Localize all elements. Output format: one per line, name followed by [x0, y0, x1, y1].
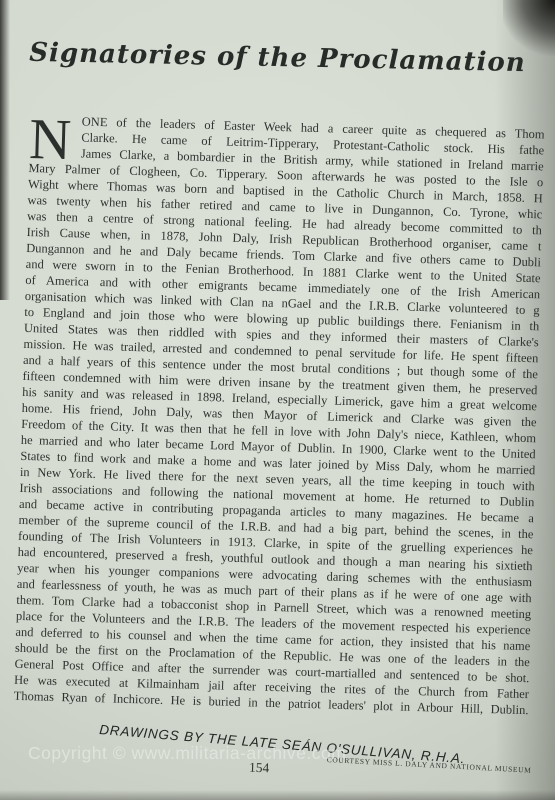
body-text: N ONE of the leaders of Easter Week had …: [13, 112, 544, 718]
photo-corner-top-right: [503, 0, 555, 60]
drop-cap: N: [29, 116, 72, 163]
body-text-lines: ONE of the leaders of Easter Week had a …: [13, 112, 544, 718]
photo-edge-right: [495, 0, 555, 800]
photo-edge-bottom: [0, 790, 555, 800]
book-page: Signatories of the Proclamation N ONE of…: [0, 0, 555, 800]
copyright-watermark: Copyright © www.militaria-archive.com: [28, 743, 346, 764]
photo-edge-left: [0, 0, 10, 300]
page-title: Signatories of the Proclamation: [0, 38, 555, 80]
book-page-photo: Signatories of the Proclamation N ONE of…: [0, 0, 555, 800]
